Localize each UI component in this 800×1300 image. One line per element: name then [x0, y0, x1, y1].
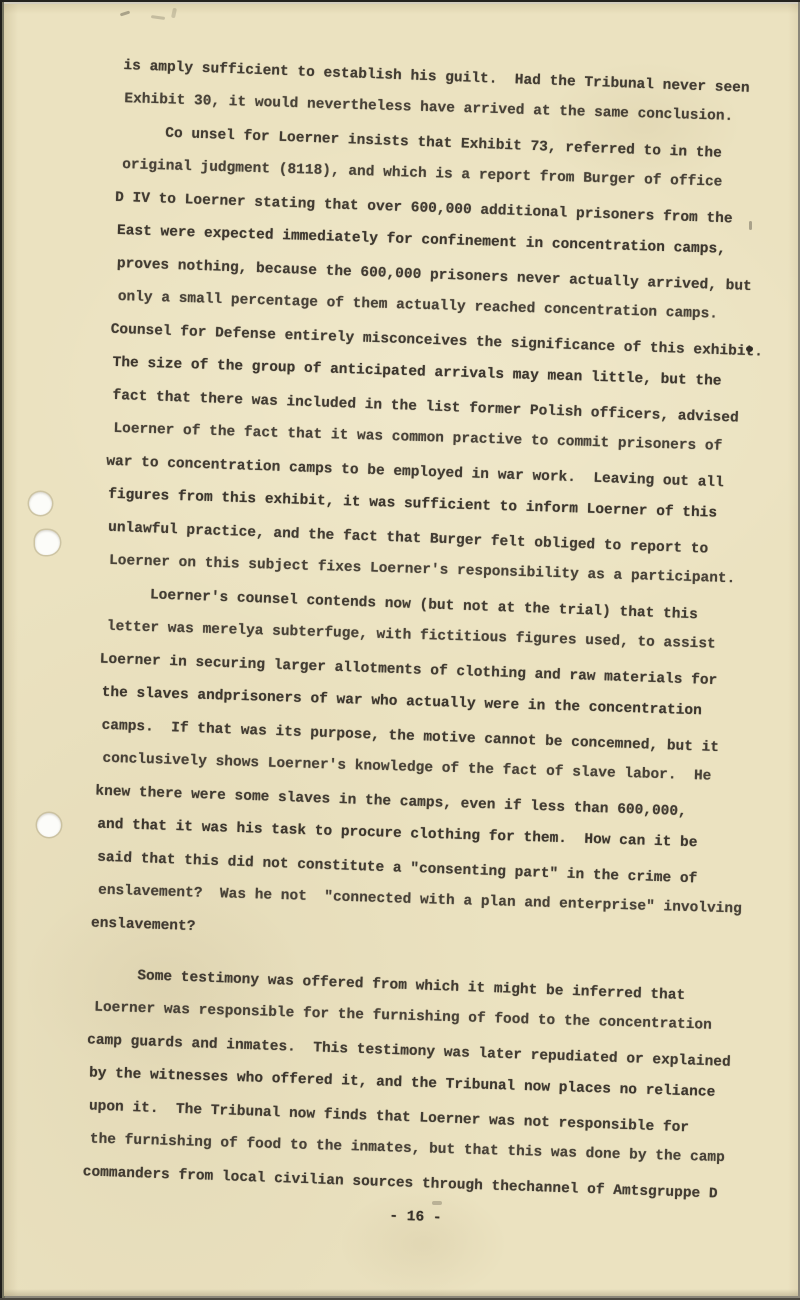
paragraph: Co unsel for Loerner insists that Exhibi… — [104, 116, 783, 600]
scanned-document-screen: is amply sufficient to establish his gui… — [0, 0, 800, 1300]
pencil-mark — [171, 8, 177, 19]
paragraph: Loerner's counsel contends now (but not … — [92, 578, 768, 963]
punch-hole — [35, 530, 60, 555]
pencil-mark — [151, 15, 165, 20]
document-page: is amply sufficient to establish his gui… — [4, 2, 798, 1296]
paragraph: Some testimony was offered from which it… — [84, 959, 755, 1212]
typewritten-text-block: is amply sufficient to establish his gui… — [83, 50, 786, 1245]
pencil-mark — [120, 11, 130, 17]
punch-hole — [29, 492, 52, 515]
punch-hole — [37, 813, 61, 837]
